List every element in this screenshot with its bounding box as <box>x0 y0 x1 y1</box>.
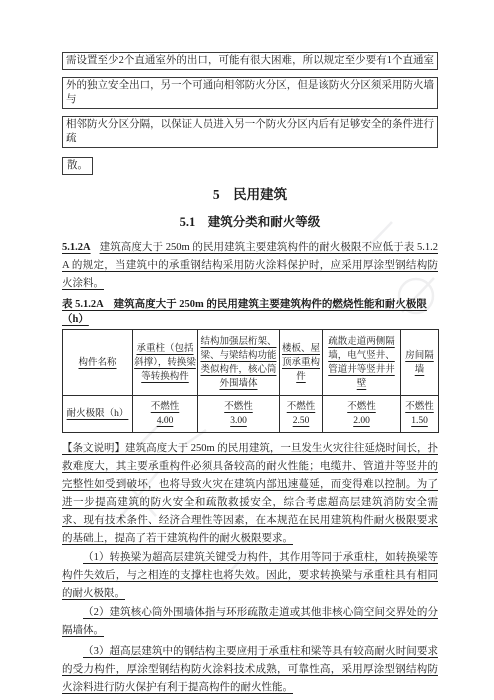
table-header-row: 构件名称 承重柱（包括斜撑），转换梁等转换构件 结构加强层桁架、梁、与梁结构功能… <box>63 330 439 396</box>
table-cell-row-header: 构件名称 <box>63 330 133 396</box>
table-cell-column-3: 疏散走道两侧隔墙，电气竖井、管道井等竖井井壁 <box>323 330 401 396</box>
intro-line: 需设置至少2个直通室外的出口，可能有很大困难，所以规定至少要有1个直通室 <box>62 52 438 70</box>
table-cell-value-4: 不燃性 1.50 <box>401 396 439 433</box>
clause-text: 建筑高度大于 250m 的民用建筑主要建筑构件的耐火极限不应低于表 5.1.2A… <box>62 242 438 289</box>
clause-number: 5.1.2A <box>62 242 91 253</box>
table-cell-limit-label: 耐火极限（h） <box>63 396 133 433</box>
table-cell-value-1: 不燃性 3.00 <box>198 396 280 433</box>
intro-paragraph: 需设置至少2个直通室外的出口，可能有很大困难，所以规定至少要有1个直通室 外的独… <box>62 52 438 177</box>
chapter-heading: 5 民用建筑 <box>62 183 438 203</box>
table-cell-column-4: 房间隔墙 <box>401 330 439 396</box>
table-value-row: 耐火极限（h） 不燃性 4.00 不燃性 3.00 不燃性 2.50 不燃性 <box>63 396 439 433</box>
commentary-item-1: （1）转换梁为超高层建筑关键受力构件，其作用等同于承重柱，如转换梁等构件失效后，… <box>62 549 438 603</box>
document-page: 需设置至少2个直通室外的出口，可能有很大困难，所以规定至少要有1个直通室 外的独… <box>0 0 494 700</box>
table-cell-value-0: 不燃性 4.00 <box>133 396 198 433</box>
commentary-section: 【条文说明】建筑高度大于 250m 的民用建筑，一旦发生火灾往往延烧时间长，扑救… <box>62 440 438 697</box>
commentary-item-2: （2）建筑核心筒外围墙体指与环形疏散走道或其他非核心筒空间交界处的分隔墙体。 <box>62 604 438 640</box>
table-cell-column-0: 承重柱（包括斜撑），转换梁等转换构件 <box>133 330 198 396</box>
table-cell-value-3: 不燃性 2.00 <box>323 396 401 433</box>
intro-line: 相邻防火分区分隔，以保证人员进入另一个防火分区内后有足够安全的条件进行疏 <box>62 116 438 148</box>
commentary-intro: 【条文说明】建筑高度大于 250m 的民用建筑，一旦发生火灾往往延烧时间长，扑救… <box>62 440 438 548</box>
intro-line: 散。 <box>62 157 93 175</box>
section-heading: 5.1 建筑分类和耐火等级 <box>62 212 438 230</box>
intro-line: 外的独立安全出口，另一个可通向相邻防火分区，但是该防火分区须采用防火墙与 <box>62 77 438 109</box>
table-cell-column-2: 楼板、屋顶承重构件 <box>280 330 323 396</box>
clause-paragraph: 5.1.2A建筑高度大于 250m 的民用建筑主要建筑构件的耐火极限不应低于表 … <box>62 239 438 293</box>
table-cell-column-1: 结构加强层桁架、梁、与梁结构功能类似构件，核心筒外围墙体 <box>198 330 280 396</box>
table-cell-value-2: 不燃性 2.50 <box>280 396 323 433</box>
fire-resistance-table: 构件名称 承重柱（包括斜撑），转换梁等转换构件 结构加强层桁架、梁、与梁结构功能… <box>62 329 439 433</box>
table-title: 表 5.1.2A 建筑高度大于 250m 的民用建筑主要建筑构件的燃烧性能和耐火… <box>62 297 438 327</box>
page-content: 需设置至少2个直通室外的出口，可能有很大困难，所以规定至少要有1个直通室 外的独… <box>62 52 438 697</box>
page-number: 14 <box>0 644 494 654</box>
